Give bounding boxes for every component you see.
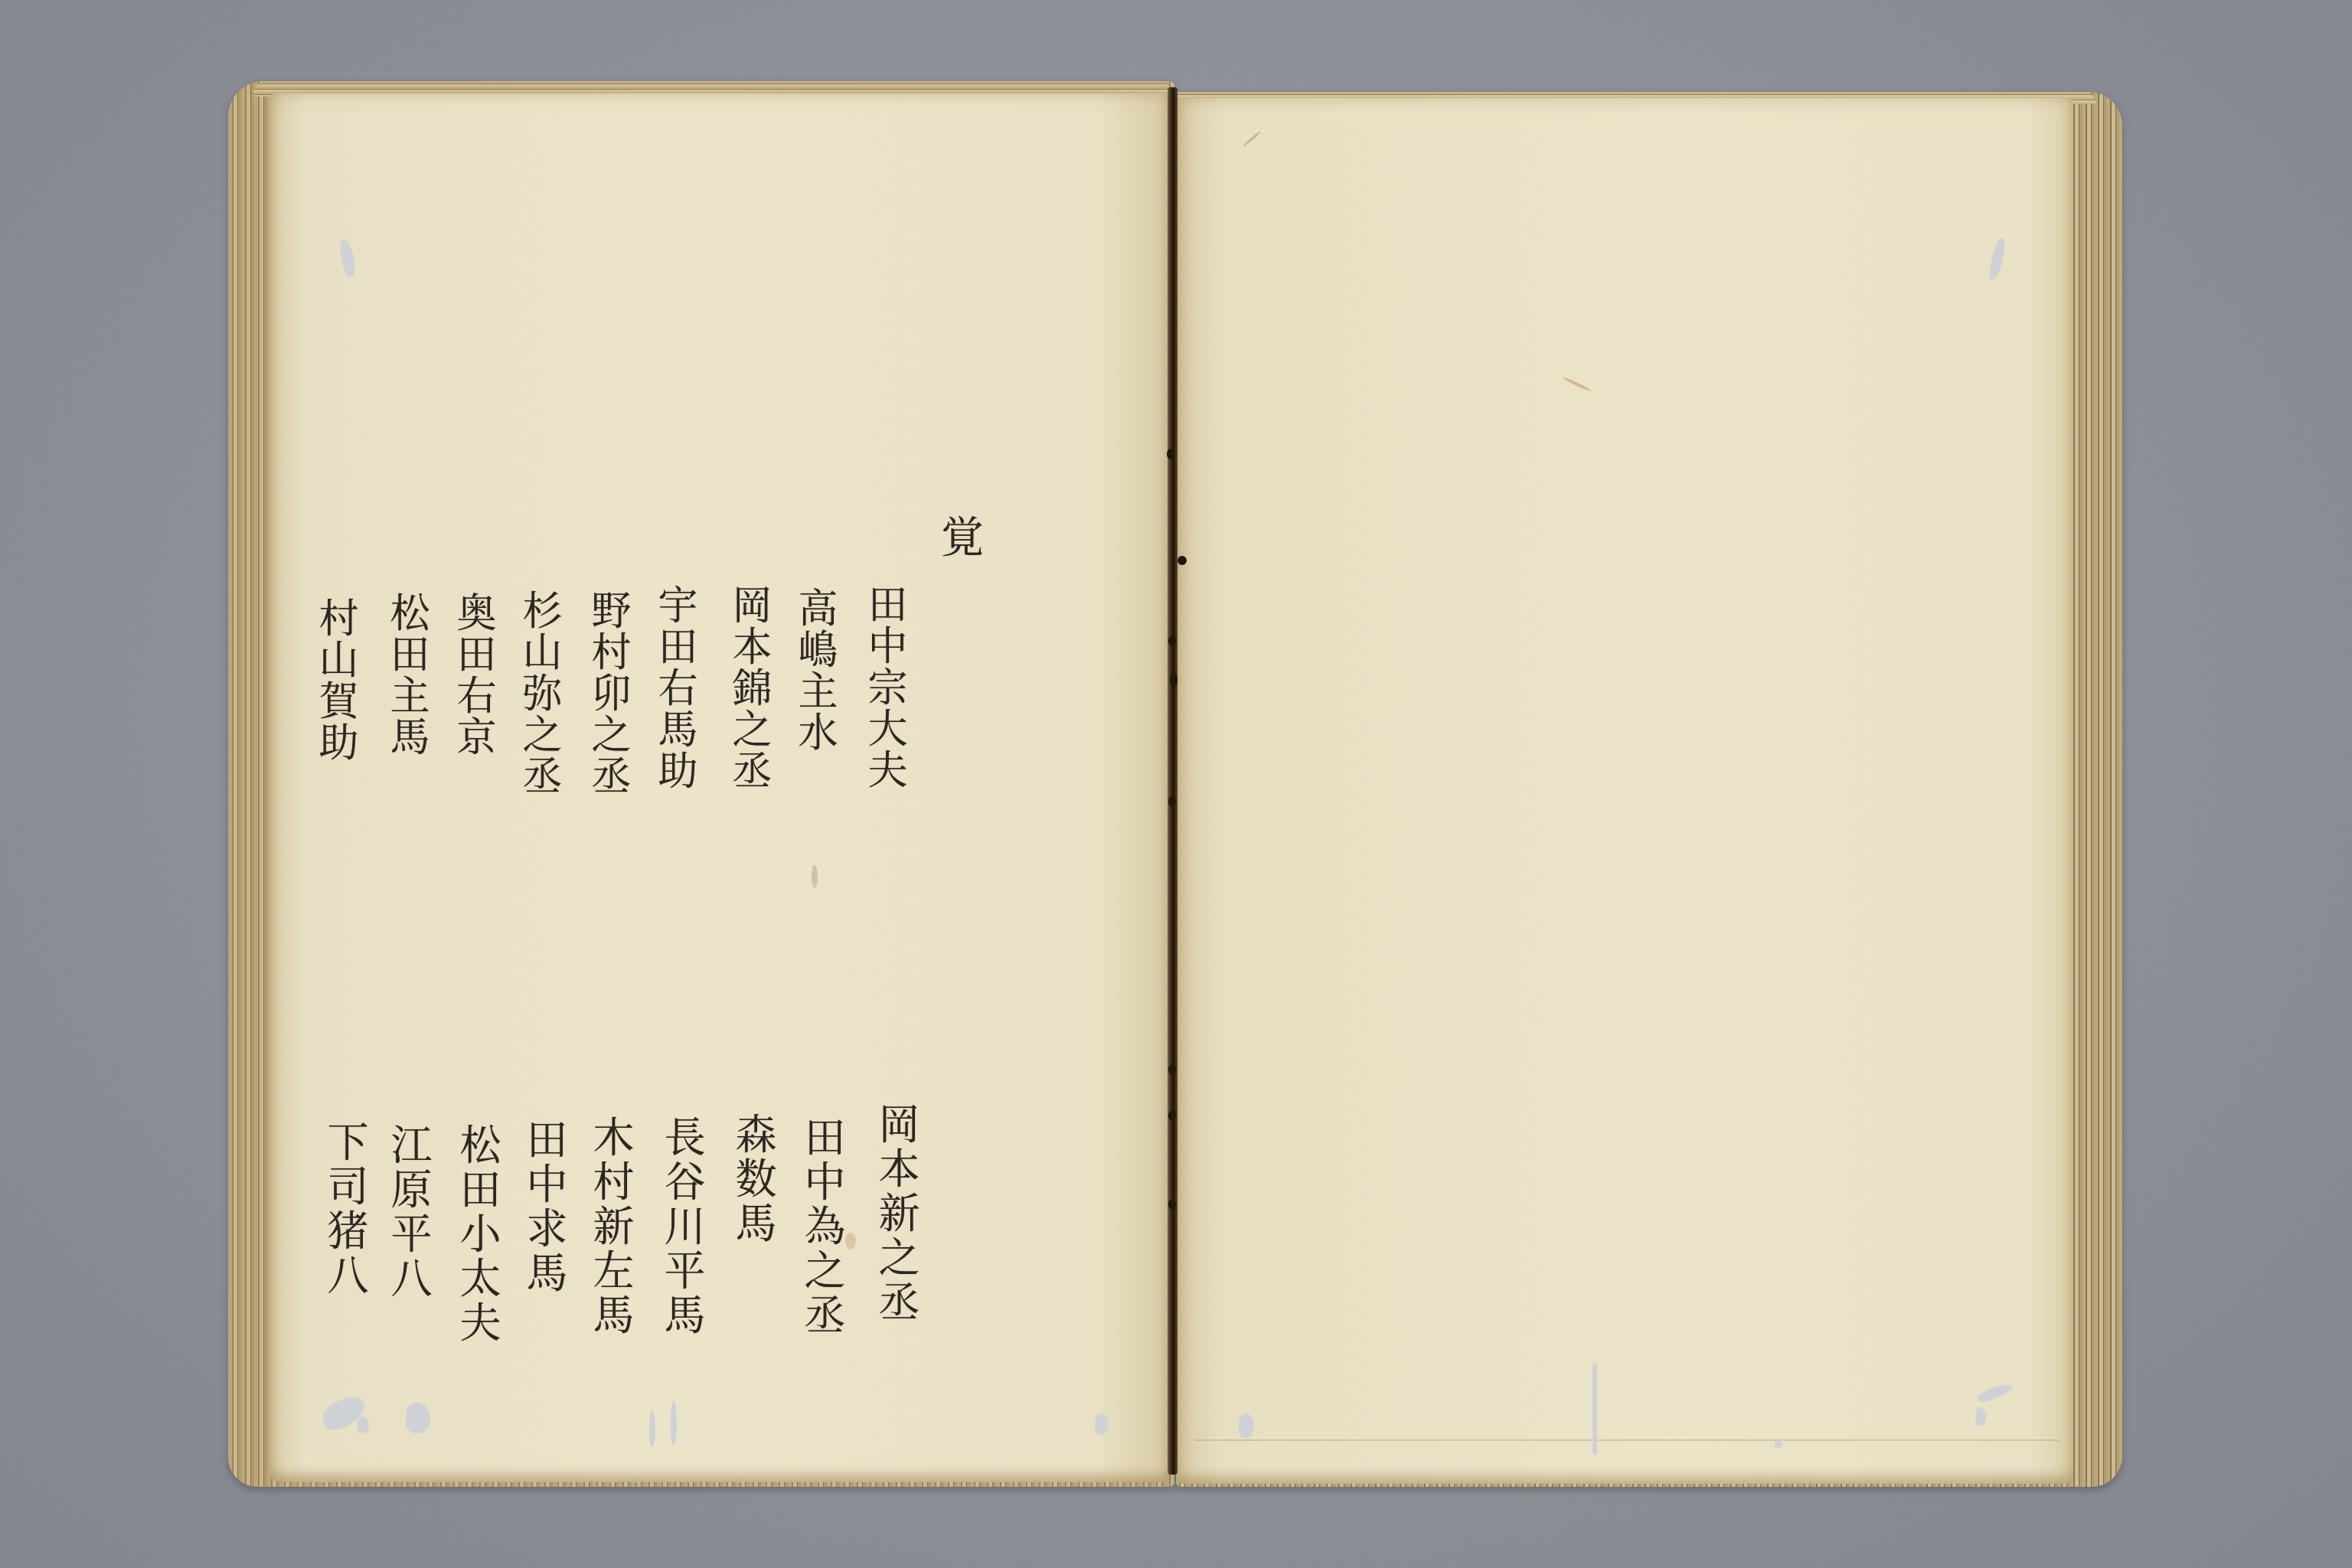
upper-name-entry: 高嶋主水 [791,587,837,753]
binding-thread-mark [1168,1199,1176,1210]
wormhole [671,1401,677,1445]
right-page-crease [1194,1439,2060,1441]
binding-thread-mark [1168,635,1176,646]
lower-name-entry: 田中為之丞 [799,1116,844,1338]
wormhole [649,1410,655,1447]
lower-name-entry: 長谷川平馬 [658,1116,704,1338]
wormhole [1592,1363,1597,1455]
lower-name-entry: 岡本新之丞 [873,1102,919,1325]
lower-name-entry: 松田小太夫 [454,1123,500,1345]
wormhole [1775,1441,1782,1449]
upper-name-entry: 田中宗大夫 [861,583,906,790]
upper-name-entry: 松田主馬 [383,592,429,757]
binding-thread-mark [1168,796,1176,807]
upper-name-entry: 奥田右京 [449,592,495,757]
lower-name-entry: 森数馬 [730,1112,776,1246]
binding-thread-mark [1168,1064,1176,1075]
upper-name-entry: 野村卯之丞 [584,590,630,796]
upper-name-entry: 宇田右馬助 [651,584,697,791]
upper-name-entry: 杉山弥之丞 [515,590,561,796]
lower-name-entry: 江原平八 [385,1123,431,1301]
binding-thread-mark [1178,556,1187,565]
wormhole [1239,1413,1254,1438]
binding-thread-mark [1170,672,1178,688]
binding-thread-mark [1168,1110,1176,1121]
wormhole [1975,1407,1986,1426]
right-page-blank [1178,98,2073,1484]
wormhole [406,1403,430,1433]
lower-name-entry: 田中求馬 [521,1118,567,1295]
lower-name-entry: 木村新左馬 [587,1116,633,1338]
paper-stain [845,1233,856,1249]
upper-name-entry: 村山賀助 [312,597,358,763]
upper-name-entry: 岡本錦之丞 [725,584,771,791]
wormhole [357,1416,369,1433]
binding-thread-mark [1167,449,1174,459]
lower-name-entry: 下司猪八 [322,1120,367,1298]
book-gutter [1168,87,1178,1475]
wormhole [1095,1413,1109,1435]
document-heading: 覚 [936,514,982,559]
paper-stain [812,865,818,888]
